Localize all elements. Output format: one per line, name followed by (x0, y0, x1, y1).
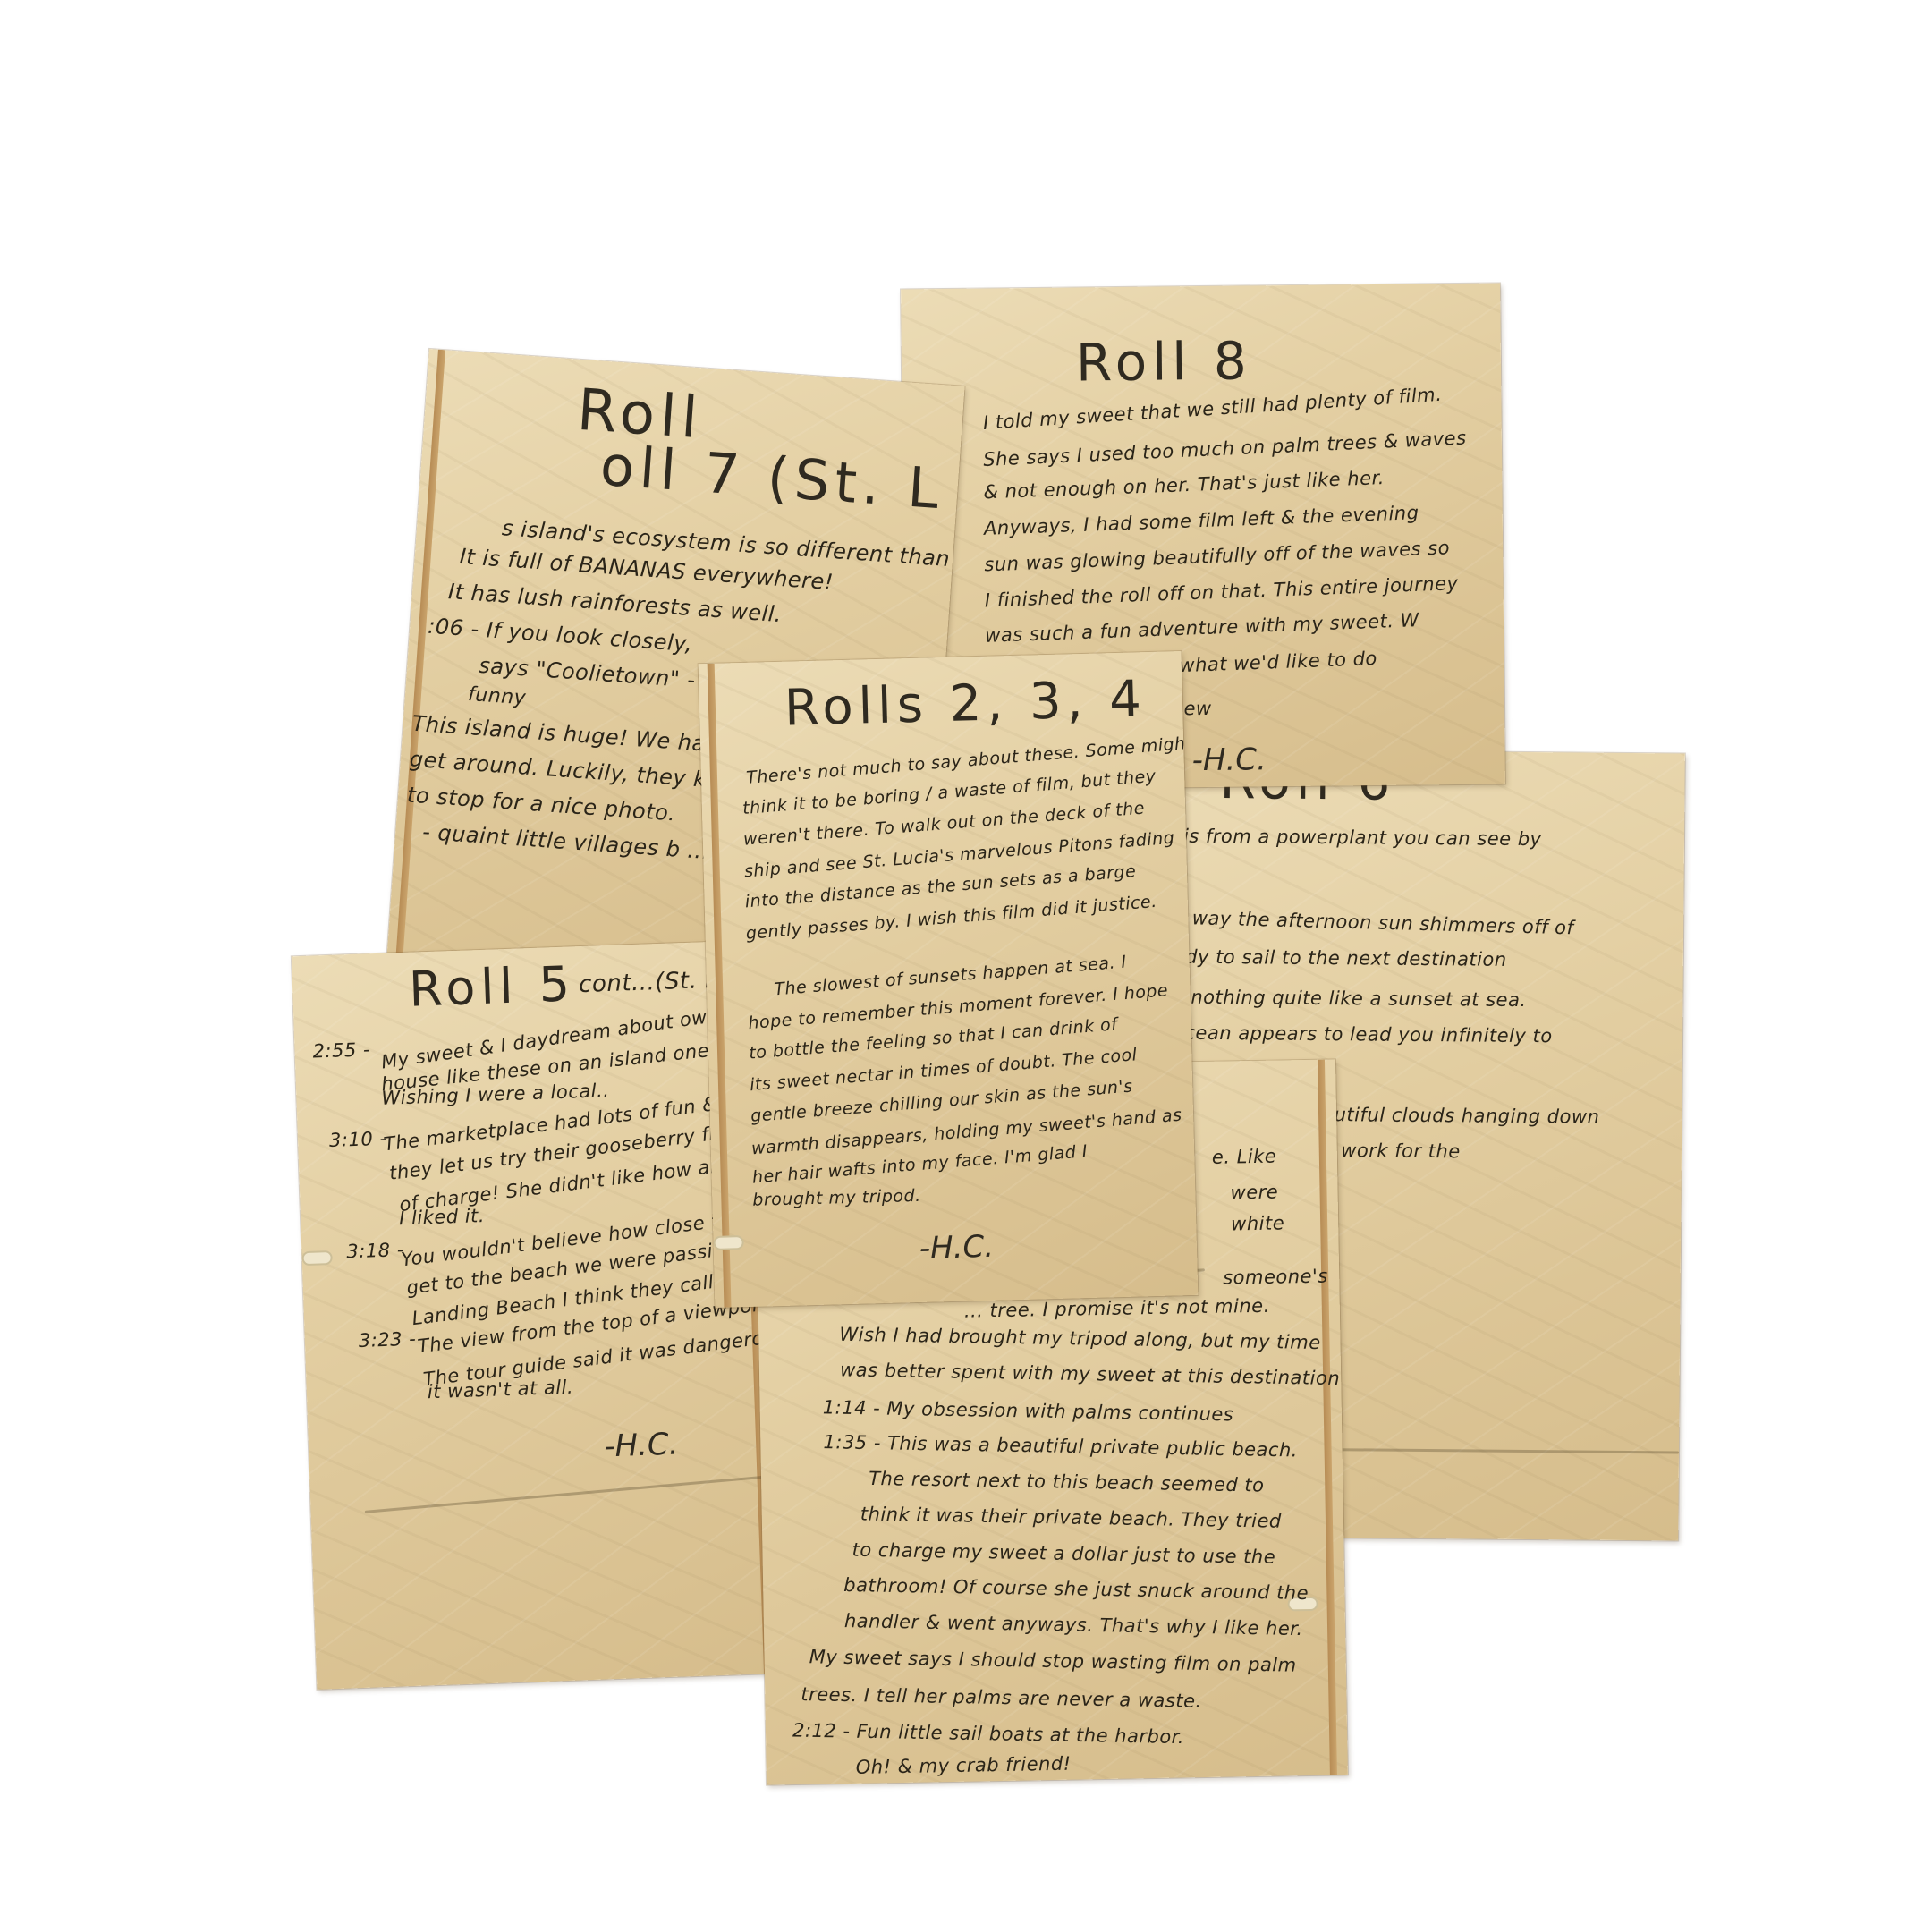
text-line: trees. I tell her palms are never a wast… (801, 1683, 1202, 1712)
entry-time: 3:23 - (358, 1328, 416, 1352)
text-line: handler & went anyways. That's why I lik… (844, 1610, 1303, 1640)
binding-tie (713, 1235, 743, 1250)
signature: -H.C. (603, 1427, 679, 1465)
page-title: oll 7 (St. L (598, 433, 946, 522)
page-title: Roll 5 (408, 955, 576, 1017)
text-line: 2:12 - Fun little sail boats at the harb… (792, 1719, 1184, 1748)
text-line: :06 - If you look closely, (427, 614, 693, 657)
text-line: 1:14 - My obsession with palms continues (823, 1396, 1234, 1425)
text-fragment: white (1231, 1212, 1284, 1234)
text-line: e way the afternoon sun shimmers off of (1174, 907, 1574, 939)
text-line: & not enough on her. That's just like he… (983, 467, 1385, 503)
text-line: My sweet says I should stop wasting film… (809, 1646, 1296, 1676)
entry-time: 3:10 - (329, 1128, 387, 1151)
text-line: was better spent with my sweet at this d… (840, 1359, 1340, 1389)
page-title: Roll 8 (1076, 330, 1252, 393)
text-line: funny (467, 683, 527, 709)
text-line: think it was their private beach. They t… (860, 1504, 1282, 1532)
text-line: ady to sail to the next destination (1174, 946, 1507, 970)
binding-tie (301, 1250, 333, 1266)
text-line: I liked it. (399, 1205, 486, 1229)
text-fragment: were (1230, 1182, 1278, 1204)
text-fragment: e. Like (1212, 1146, 1277, 1168)
page-rolls-2-3-4: Rolls 2, 3, 4 There's not much to say ab… (699, 651, 1199, 1308)
text-line: Anyways, I had some film left & the even… (984, 502, 1419, 539)
scattered-journal-pages: Roll 6 is from a powerplant you can see … (0, 0, 1932, 1932)
entry-time: 3:18 - (346, 1239, 404, 1262)
tear-crease (365, 1475, 775, 1513)
text-line: - quaint little villages b ... (421, 819, 710, 864)
text-line: ocean appears to lead you infinitely to (1173, 1022, 1553, 1047)
text-line: bathroom! Of course she just snuck aroun… (843, 1574, 1309, 1604)
signature: -H.C. (1191, 741, 1267, 778)
signature: -H.C. (919, 1229, 994, 1267)
text-line: I finished the roll off on that. This en… (984, 572, 1458, 611)
page-title: Rolls 2, 3, 4 (784, 670, 1147, 738)
text-line: nothing quite like a sunset at sea. (1191, 987, 1526, 1011)
entry-time: 2:55 - (312, 1038, 370, 1062)
page-binding (396, 350, 445, 957)
text-line: it wasn't at all. (428, 1377, 574, 1403)
text-fragment: someone's (1223, 1266, 1328, 1289)
text-line: The resort next to this beach seemed to (869, 1468, 1265, 1496)
text-line: to stop for a nice photo. (406, 783, 676, 826)
text-line: Wish I had brought my tripod along, but … (839, 1324, 1321, 1353)
text-line: brought my tripod. (752, 1186, 921, 1210)
page-binding (1318, 1060, 1337, 1775)
text-line: is from a powerplant you can see by (1183, 826, 1542, 850)
text-line: 1:35 - This was a beautiful private publ… (823, 1431, 1298, 1461)
text-line: She says I used too much on palm trees &… (983, 427, 1467, 470)
text-line: to charge my sweet a dollar just to use … (852, 1539, 1275, 1568)
text-line: Oh! & my crab friend! (855, 1753, 1071, 1778)
text-line: was such a fun adventure with my sweet. … (985, 609, 1419, 647)
text-line: sun was glowing beautifully off of the w… (984, 537, 1450, 575)
